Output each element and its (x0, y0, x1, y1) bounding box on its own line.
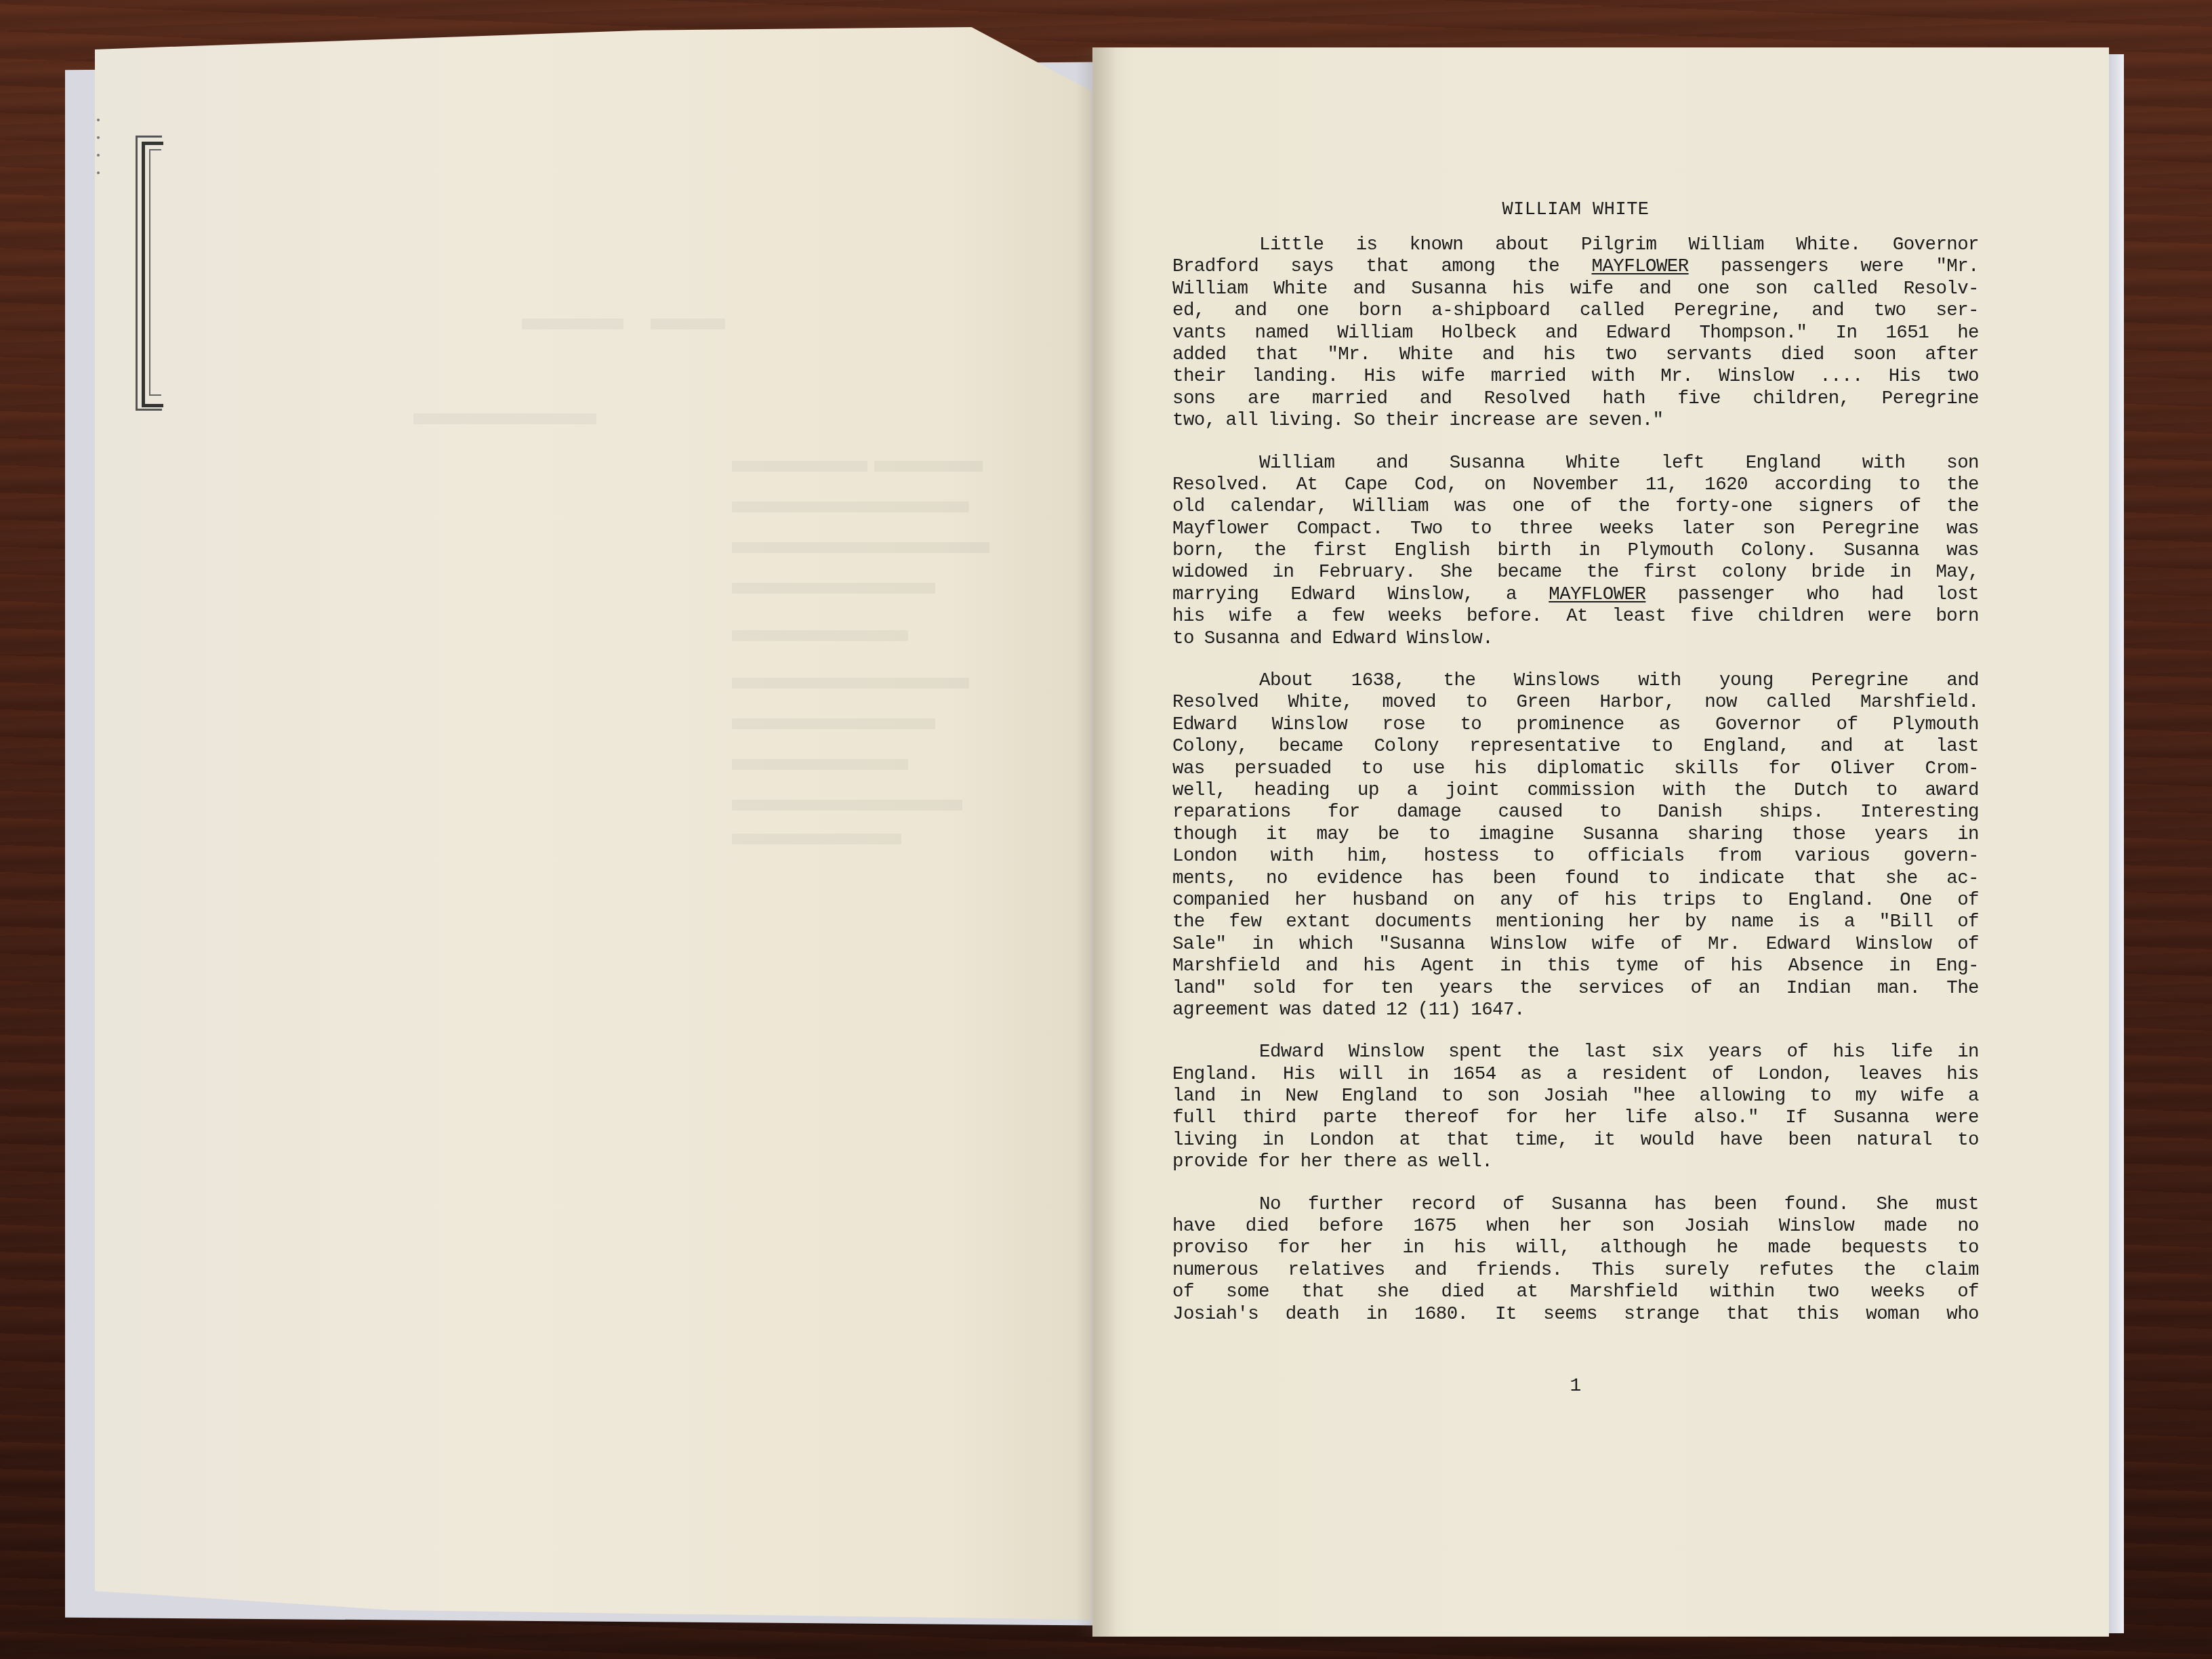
text-line: provide for her there as well. (1172, 1151, 1979, 1173)
text-line: Josiah's death in 1680. It seems strange… (1172, 1304, 1979, 1326)
text-line: ments, no evidence has been found to ind… (1172, 868, 1979, 890)
bleed-through-line (732, 678, 969, 689)
text-line: of some that she died at Marshfield with… (1172, 1282, 1979, 1303)
text-line: England. His will in 1654 as a resident … (1172, 1064, 1979, 1086)
text-line: old calendar, William was one of the for… (1172, 496, 1979, 518)
text-line: widowed in February. She became the firs… (1172, 562, 1979, 583)
bleed-through-line (732, 800, 962, 811)
text-line: London with him, hostess to officials fr… (1172, 846, 1979, 867)
bleed-through-line (651, 319, 725, 329)
bleed-through-line (413, 413, 596, 424)
bleed-through-line (732, 759, 908, 770)
paragraph: William and Susanna White left England w… (1172, 453, 1979, 651)
text-line: land" sold for ten years the services of… (1172, 978, 1979, 1000)
text-line: his wife a few weeks before. At least fi… (1172, 606, 1979, 628)
text-line: sons are married and Resolved hath five … (1172, 388, 1979, 410)
text-line: companied her husband on any of his trip… (1172, 890, 1979, 912)
text-line: full third parte thereof for her life al… (1172, 1107, 1979, 1129)
text-line: marrying Edward Winslow, a MAYFLOWER pas… (1172, 584, 1979, 606)
underlined-ship-name: MAYFLOWER (1549, 584, 1645, 605)
bleed-through-line (732, 583, 935, 594)
text-line: have died before 1675 when her son Josia… (1172, 1216, 1979, 1237)
text-line: ed, and one born a-shipboard called Pere… (1172, 300, 1979, 322)
text-line: their landing. His wife married with Mr.… (1172, 366, 1979, 388)
text-line: Marshfield and his Agent in this tyme of… (1172, 956, 1979, 977)
text-line: though it may be to imagine Susanna shar… (1172, 824, 1979, 846)
text-line: born, the first English birth in Plymout… (1172, 540, 1979, 562)
bracket-ornament-icon (136, 136, 160, 410)
text-line: land in New England to son Josiah "hee a… (1172, 1086, 1979, 1107)
paragraph: About 1638, the Winslows with young Pere… (1172, 670, 1979, 1021)
bleed-through-line (732, 630, 908, 641)
bleed-through-line (732, 542, 989, 553)
chapter-title: WILLIAM WHITE (1172, 197, 1979, 224)
text-line: vants named William Holbeck and Edward T… (1172, 323, 1979, 344)
text-line: Edward Winslow rose to prominence as Gov… (1172, 714, 1979, 736)
text-line: About 1638, the Winslows with young Pere… (1172, 670, 1979, 692)
chapter-body: Little is known about Pilgrim William Wh… (1172, 234, 1979, 1326)
book-gutter (1076, 47, 1117, 1637)
text-line: Little is known about Pilgrim William Wh… (1172, 234, 1979, 256)
bleed-through-line (732, 501, 969, 512)
text-line: was persuaded to use his diplomatic skil… (1172, 758, 1979, 780)
paragraph: Little is known about Pilgrim William Wh… (1172, 234, 1979, 432)
text-line: reparations for damage caused to Danish … (1172, 802, 1979, 823)
bleed-through-line (732, 461, 867, 472)
bleed-through-line (522, 319, 623, 329)
text-line: Edward Winslow spent the last six years … (1172, 1042, 1979, 1063)
underlined-ship-name: MAYFLOWER (1592, 256, 1689, 277)
text-line: well, heading up a joint commission with… (1172, 780, 1979, 802)
bleed-through-line (732, 834, 901, 844)
text-line: proviso for her in his will, although he… (1172, 1237, 1979, 1259)
text-line: agreement was dated 12 (11) 1647. (1172, 1000, 1979, 1021)
text-line: to Susanna and Edward Winslow. (1172, 628, 1979, 650)
text-line: Resolved. At Cape Cod, on November 11, 1… (1172, 474, 1979, 496)
left-page[interactable] (95, 27, 1091, 1620)
page-number: 1 (1172, 1376, 1979, 1397)
text-line: Sale" in which "Susanna Winslow wife of … (1172, 934, 1979, 956)
text-line: Colony, became Colony representative to … (1172, 736, 1979, 758)
text-line: Resolved White, moved to Green Harbor, n… (1172, 692, 1979, 714)
text-line: William and Susanna White left England w… (1172, 453, 1979, 474)
text-line: the few extant documents mentioning her … (1172, 912, 1979, 933)
text-line: Bradford says that among the MAYFLOWER p… (1172, 256, 1979, 278)
chapter-text: WILLIAM WHITE Little is known about Pilg… (1172, 197, 1979, 1346)
text-line: No further record of Susanna has been fo… (1172, 1194, 1979, 1216)
text-line: two, all living. So their increase are s… (1172, 410, 1979, 432)
text-line: added that "Mr. White and his two servan… (1172, 344, 1979, 366)
text-line: numerous relatives and friends. This sur… (1172, 1260, 1979, 1282)
text-line: living in London at that time, it would … (1172, 1130, 1979, 1151)
text-line: Mayflower Compact. Two to three weeks la… (1172, 518, 1979, 540)
paragraph: No further record of Susanna has been fo… (1172, 1194, 1979, 1326)
bleed-through-line (732, 718, 935, 729)
page-edge-marks (97, 119, 101, 189)
text-line: William White and Susanna his wife and o… (1172, 279, 1979, 300)
bleed-through-line (874, 461, 983, 472)
paragraph: Edward Winslow spent the last six years … (1172, 1042, 1979, 1173)
